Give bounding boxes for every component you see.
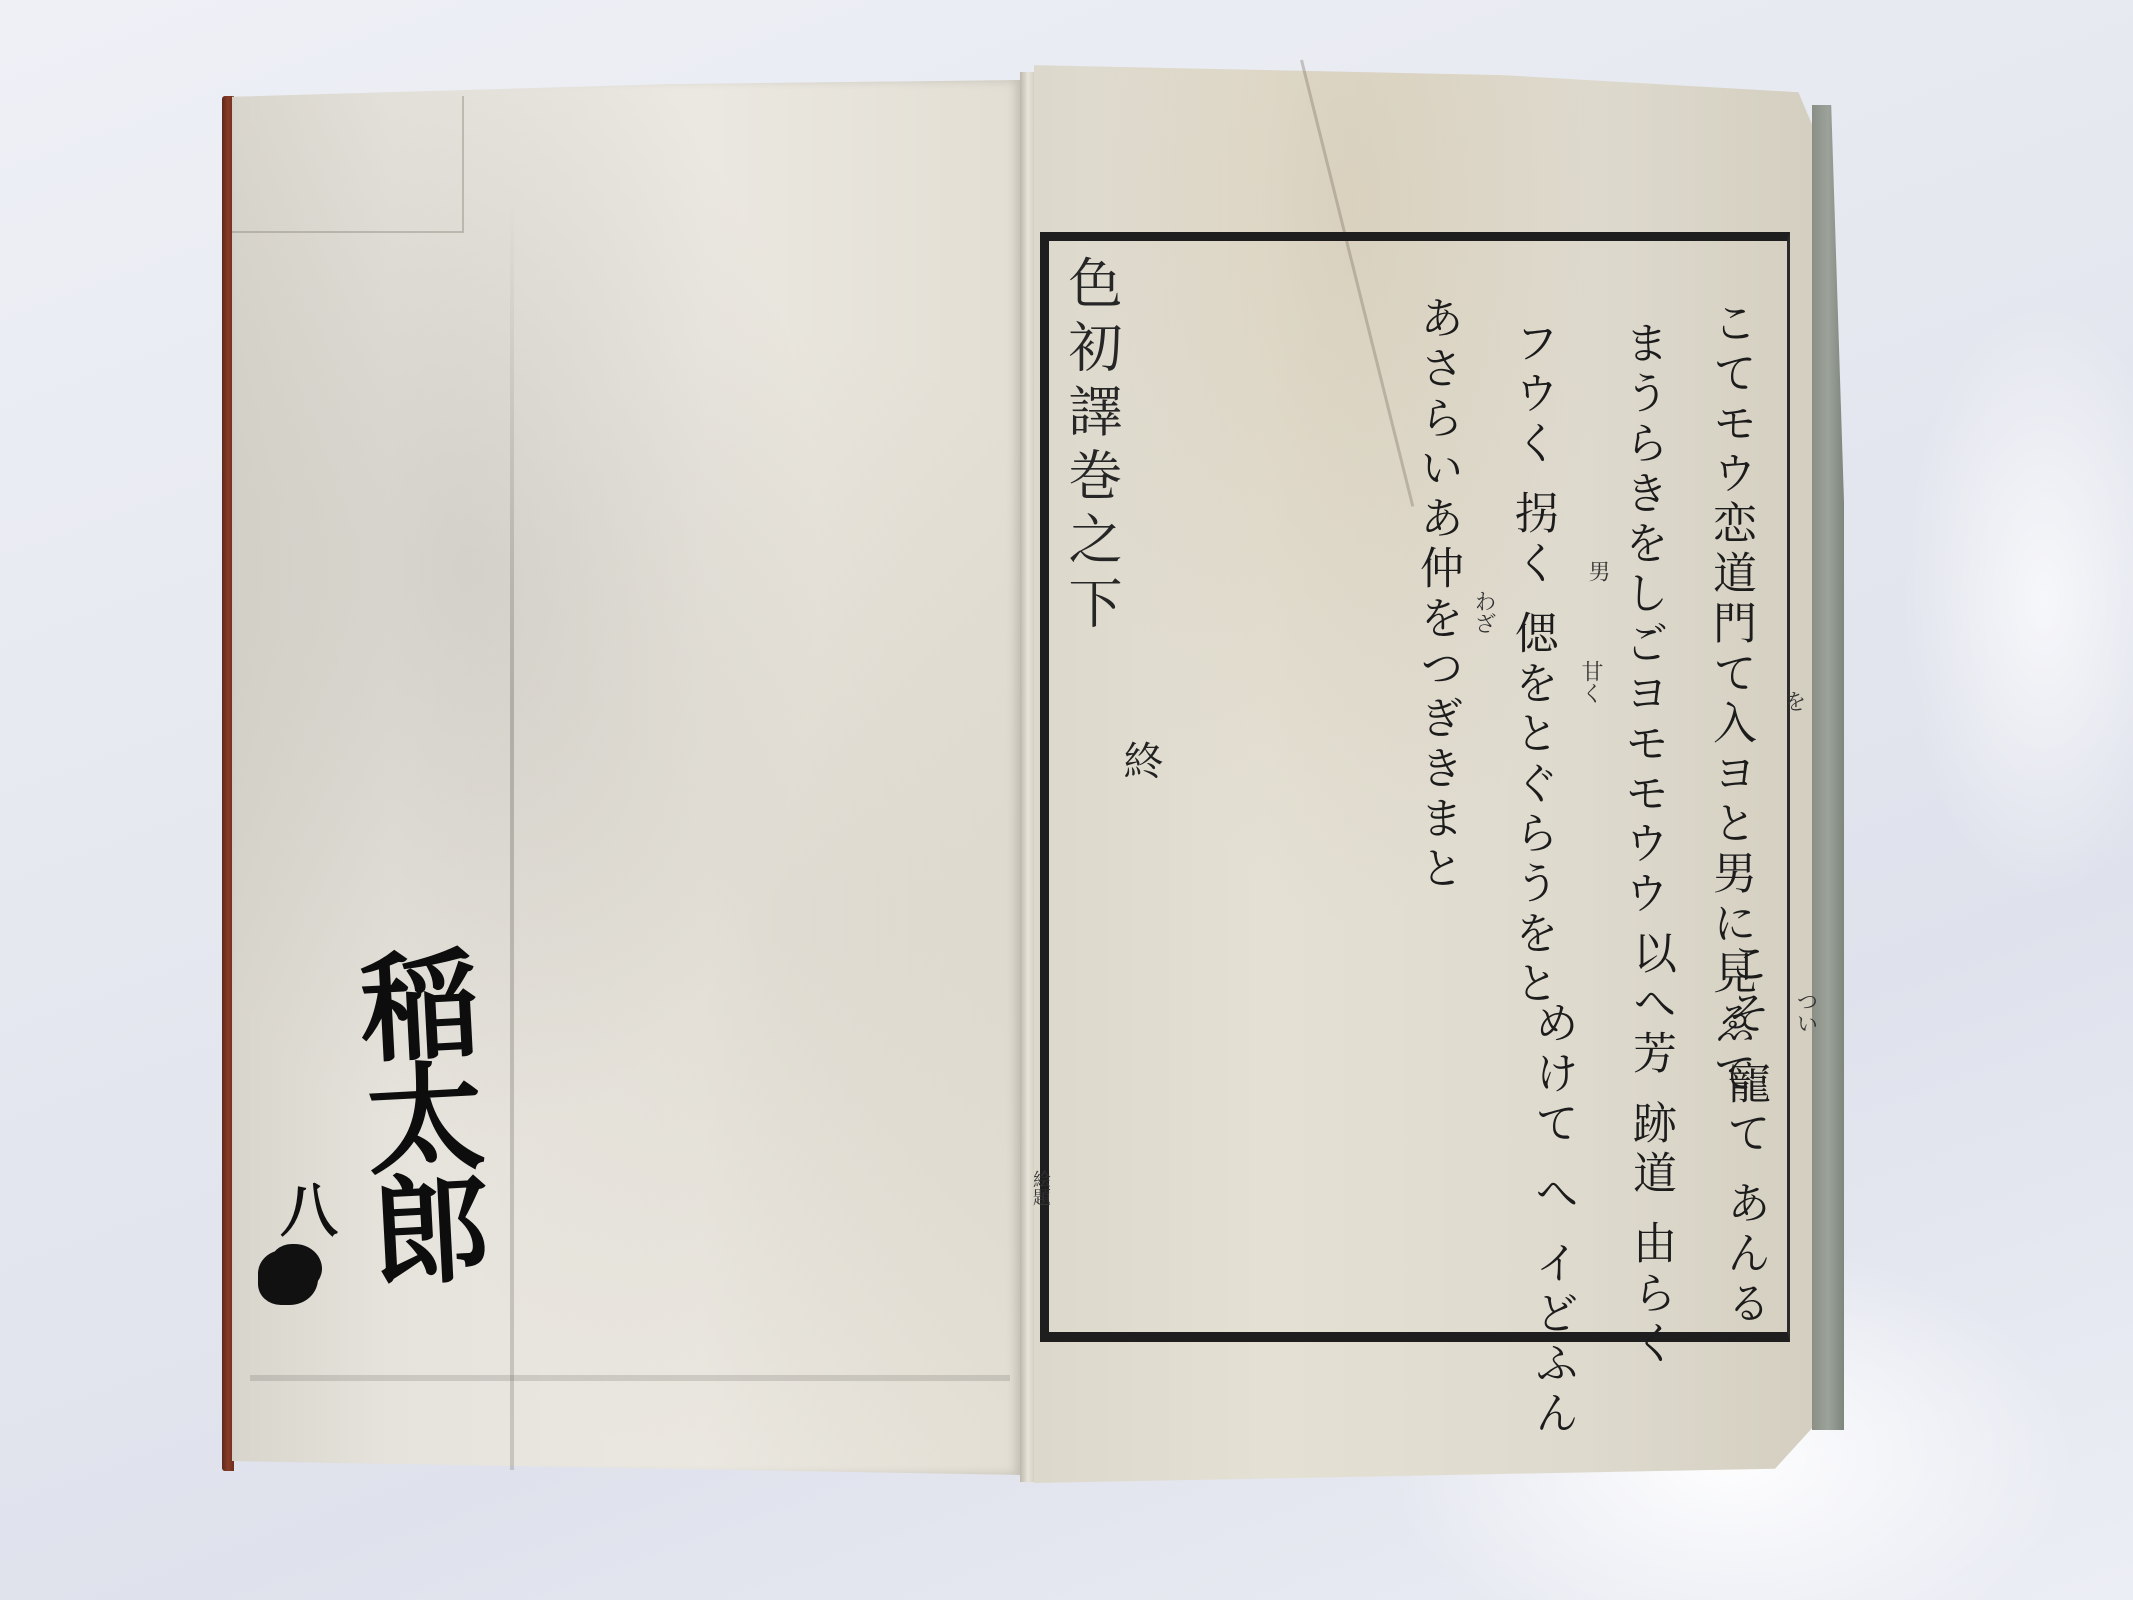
text-column-3: フウく 拐く 偲をとぐらうをと xyxy=(1510,320,1554,1010)
book-spine xyxy=(1020,72,1036,1482)
left-page-fold xyxy=(232,96,464,233)
open-book: 稲太郎 八 色初譯巻之下 終 絵題 こてモウ恋道門て入ヨと男に見ゑて まうらきを… xyxy=(0,0,2133,1600)
owner-signature: 稲太郎 xyxy=(321,941,508,1285)
ink-blot xyxy=(258,1250,318,1305)
ruby-annotation: 甘く xyxy=(1575,660,1606,704)
signature-small-mark: 八 xyxy=(262,1180,346,1238)
ruby-annotation: 男 xyxy=(1582,560,1613,582)
end-mark: 終 xyxy=(1112,740,1169,780)
text-column-3-lower: めけて へ イどふん xyxy=(1530,1000,1574,1440)
left-page-crease xyxy=(510,200,514,1470)
text-column-2: まうらきをしごヨモモウウ xyxy=(1620,320,1664,920)
margin-label: 絵題 xyxy=(1027,1170,1053,1206)
ruby-annotation: わざ xyxy=(1468,590,1499,634)
text-column-2-lower: 以へ芳 跡道 由らく xyxy=(1628,930,1672,1370)
back-cover-edge xyxy=(1812,105,1844,1430)
ruby-annotation: つい xyxy=(1790,990,1821,1034)
left-page-stain xyxy=(250,1375,1010,1381)
ruby-annotation: を xyxy=(1778,690,1809,712)
text-column-1-lower: こそ 寵て あんる xyxy=(1722,940,1766,1330)
text-column-4: あさらいあ仲をつぎきまと xyxy=(1415,295,1459,895)
volume-title: 色初譯巻之下 xyxy=(1070,255,1130,639)
